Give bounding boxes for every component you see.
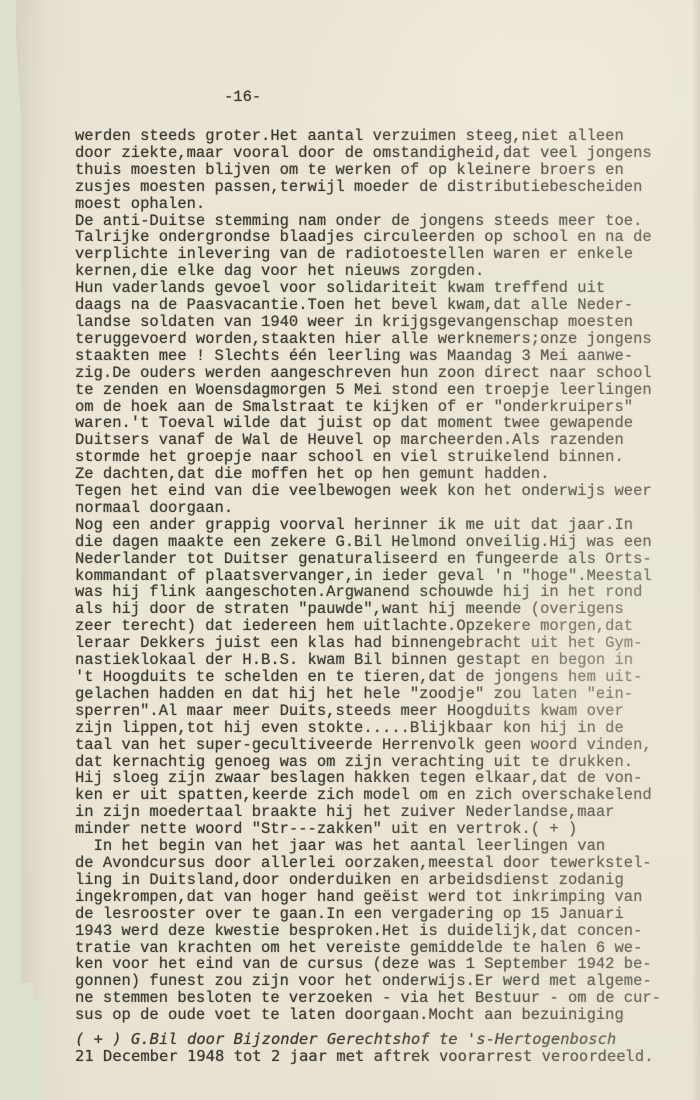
footnote: ( + ) G.Bil door Bijzonder Gerechtshof t… — [75, 1031, 654, 1065]
body-text: werden steeds groter.Het aantal verzuime… — [75, 128, 661, 1024]
page-number: -16- — [224, 88, 261, 106]
footnote-line-2: 21 December 1948 tot 2 jaar met aftrek v… — [75, 1047, 654, 1065]
paper-right-edge — [691, 0, 700, 1100]
scanned-document: -16- werden steeds groter.Het aantal ver… — [0, 0, 700, 1100]
footnote-line-1: ( + ) G.Bil door Bijzonder Gerechtshof t… — [75, 1030, 616, 1048]
